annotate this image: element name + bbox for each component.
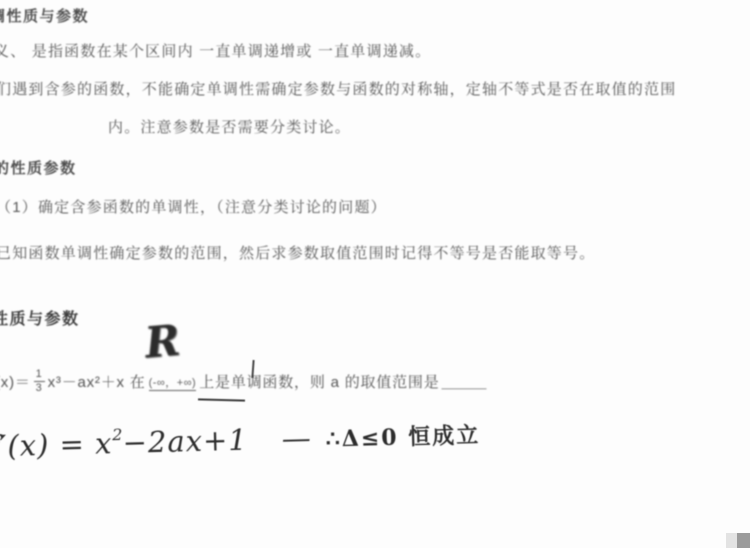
item-line-1: （1）确定含参函数的单调性，（注意分类讨论的问题） [0, 196, 387, 217]
formula-tail: 上是单调函数，则 a 的取值范围是 [199, 371, 439, 392]
fraction-denominator: 3 [34, 381, 45, 394]
section-heading-2: 的性质参数 [0, 157, 77, 178]
hand-eq-arrow: — [281, 421, 312, 456]
formula-lhs: f(x)＝ [0, 371, 31, 392]
notes-page: 调性质与参数 义、 是指函数在某个区间内 一直单调递增或 一直单调递减。 们遇到… [0, 0, 750, 548]
fraction-one-third: 1 3 [34, 369, 45, 394]
handwritten-derivative-equation: f′(x) = x2−2ax+1 — ∴Δ≤0 恒成立 [0, 408, 481, 473]
hand-eq-spacer [248, 439, 282, 440]
paragraph-line-2: 内。注意参数是否需要分类讨论。 [108, 116, 351, 137]
photo-corner-artifact-dark [737, 533, 750, 548]
hand-eq-mid: −2ax+1 [122, 423, 248, 460]
fraction-numerator: 1 [34, 369, 45, 381]
interval-group: (-∞，+∞) R [149, 373, 197, 390]
hand-eq-conclusion: ∴Δ≤0 恒成立 [325, 418, 480, 453]
paragraph-line-1: 们遇到含参的函数，不能确定单调性需确定参数与函数的对称轴，定轴不等式是否在取值的… [0, 78, 676, 99]
hand-eq-lhs: f′(x) = x [0, 426, 113, 463]
handwritten-r-annotation: R [143, 319, 182, 364]
item-line-2: 已知函数单调性确定参数的范围，然后求参数取值范围时记得不等号是否能取等号。 [0, 242, 595, 263]
formula-body: x³－ax²＋x 在 [48, 371, 146, 392]
formula-line: f(x)＝ 1 3 x³－ax²＋x 在 (-∞，+∞) R 上是单调函数，则 … [0, 360, 487, 402]
hand-eq-exponent: 2 [112, 424, 123, 443]
answer-blank: ＿＿＿ [442, 371, 487, 392]
photo-corner-artifact-light [726, 533, 737, 548]
section-heading-3: 性质与参数 [0, 306, 80, 329]
definition-line: 义、 是指函数在某个区间内 一直单调递增或 一直单调递减。 [0, 40, 431, 61]
interval-text: (-∞，+∞) [149, 377, 197, 391]
section-heading-1: 调性质与参数 [0, 5, 89, 26]
